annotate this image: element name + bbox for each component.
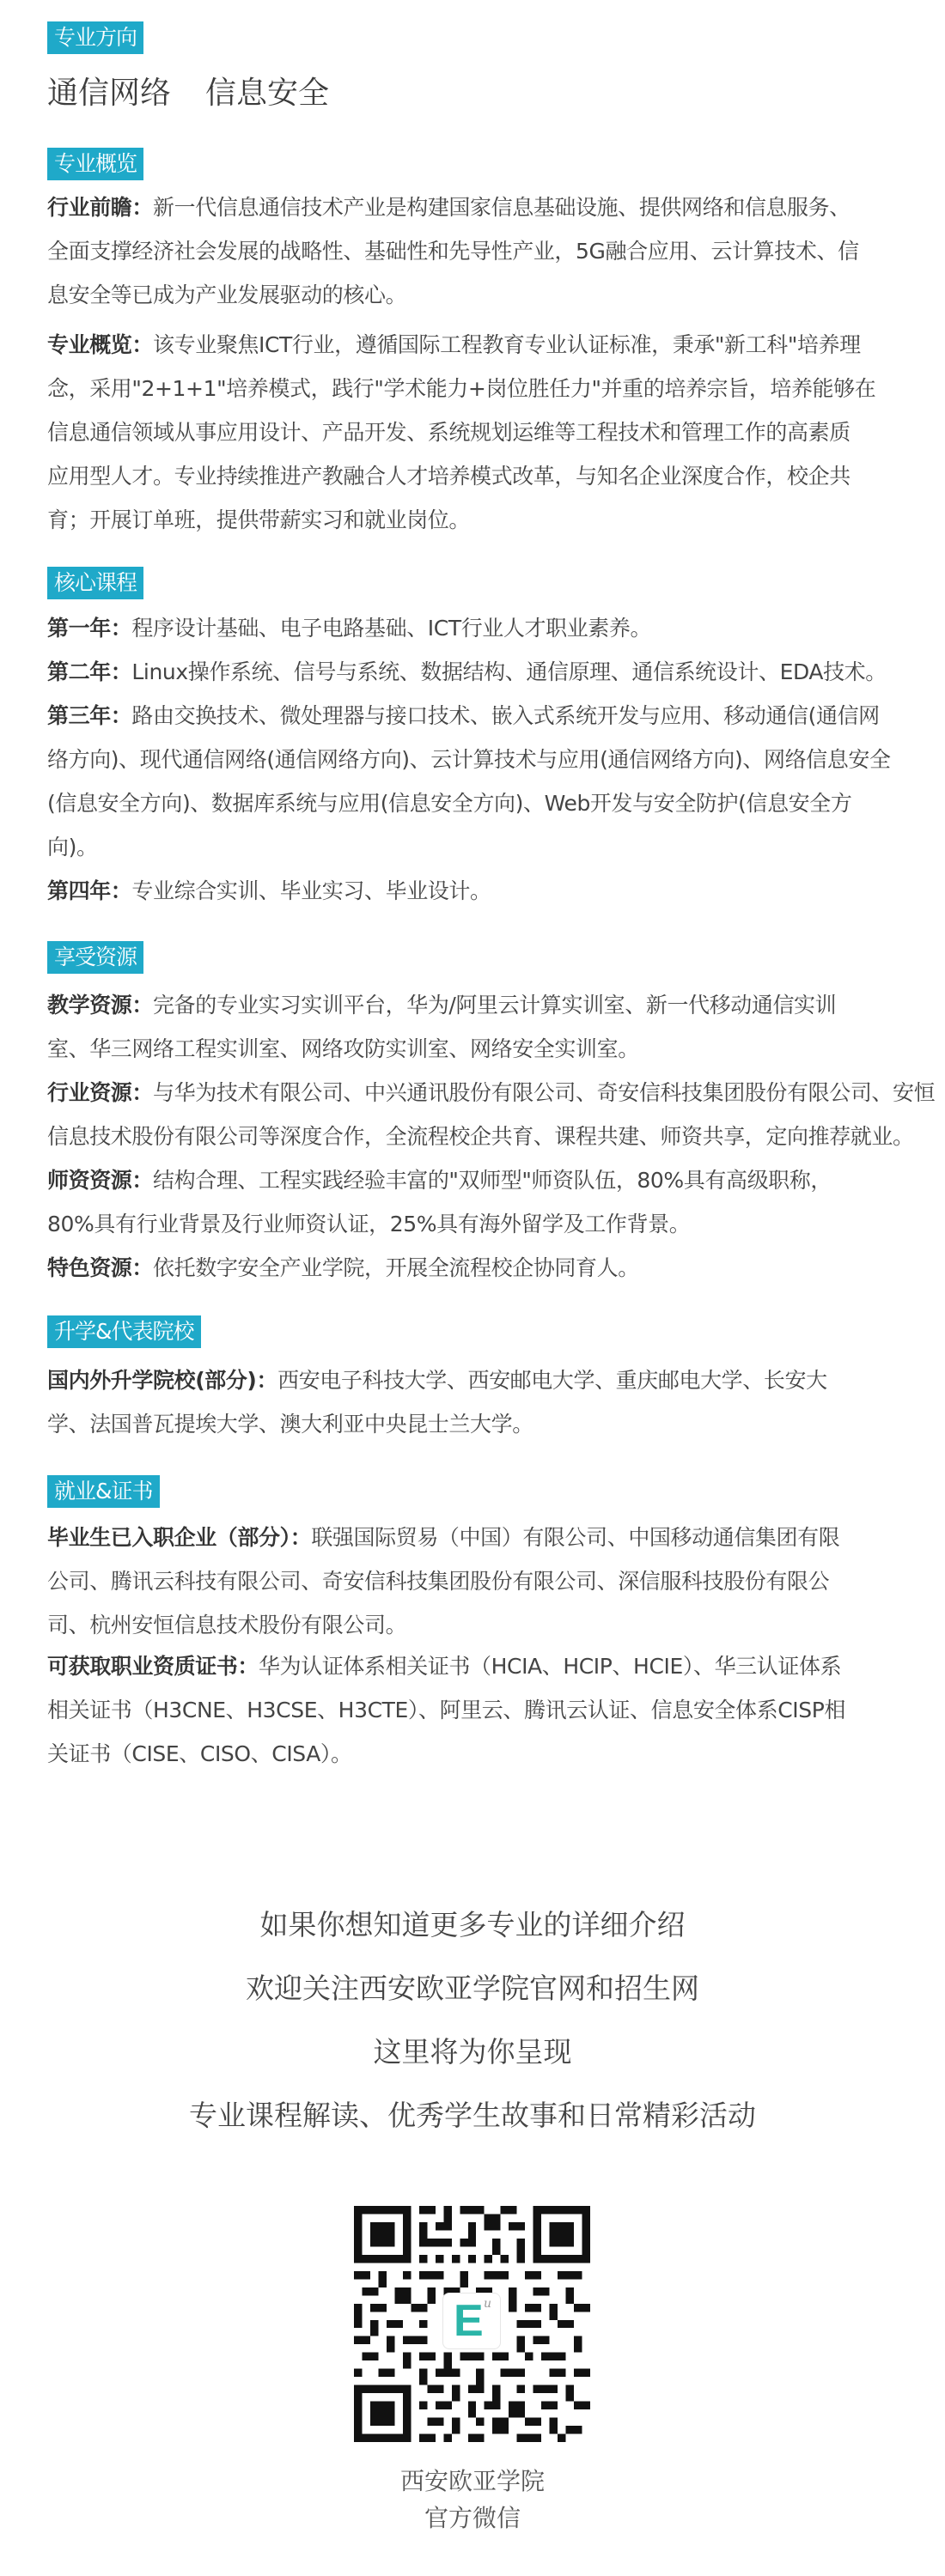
text-span: 程序设计基础、电子电路基础、ICT行业人才职业素养。 xyxy=(131,616,651,641)
year-label: 第一年： xyxy=(47,616,131,641)
year-1-courses: 第一年：程序设计基础、电子电路基础、ICT行业人才职业素养。 xyxy=(47,606,906,650)
paragraph-label: 专业概览： xyxy=(47,332,153,357)
text-line: 相关证书（H3CNE、H3CSE、H3CTE）、阿里云、腾讯云认证、信息安全体系… xyxy=(47,1688,906,1732)
promo-text: 如果你想知道更多专业的详细介绍 欢迎关注西安欧亚学院官网和招生网 这里将为你呈现… xyxy=(0,1893,945,2148)
promo-line: 专业课程解读、优秀学生故事和日常精彩活动 xyxy=(0,2084,945,2148)
promo-line: 欢迎关注西安欧亚学院官网和招生网 xyxy=(0,1957,945,2020)
text-line: 念，采用"2+1+1"培养模式，践行"学术能力+岗位胜任力"并重的培养宗旨，培养… xyxy=(47,367,906,410)
year-label: 第三年： xyxy=(47,703,131,728)
text-span: 专业综合实训、毕业实习、毕业设计。 xyxy=(131,878,491,903)
text-span: 路由交换技术、微处理器与接口技术、嵌入式系统开发与应用、移动通信(通信网 xyxy=(131,703,879,728)
promo-line: 这里将为你呈现 xyxy=(0,2020,945,2084)
resource-label: 行业资源： xyxy=(47,1080,153,1105)
text-line: 育；开展订单班，提供带薪实习和就业岗位。 xyxy=(47,498,906,542)
promo-line: 如果你想知道更多专业的详细介绍 xyxy=(0,1893,945,1957)
year-label: 第二年： xyxy=(47,659,131,684)
text-line: 毕业生已入职企业（部分）：联强国际贸易（中国）有限公司、中国移动通信集团有限 xyxy=(47,1516,906,1559)
paragraph-label: 国内外升学院校(部分)： xyxy=(47,1368,277,1393)
logo-letter: E xyxy=(454,2302,483,2340)
text-line: 信息通信领域从事应用设计、产品开发、系统规划运维等工程技术和管理工作的高素质 xyxy=(47,410,906,454)
year-label: 第四年： xyxy=(47,878,131,903)
text-line: 应用型人才。专业持续推进产教融合人才培养模式改革，与知名企业深度合作，校企共 xyxy=(47,454,906,498)
wechat-qr-code: E u xyxy=(354,2206,590,2442)
year-3-courses: 第三年：路由交换技术、微处理器与接口技术、嵌入式系统开发与应用、移动通信(通信网 xyxy=(47,694,906,738)
text-line: 全面支撑经济社会发展的战略性、基础性和先导性产业，5G融合应用、云计算技术、信 xyxy=(47,229,906,273)
resource-label: 教学资源： xyxy=(47,993,153,1018)
text-line: 息安全等已成为产业发展驱动的核心。 xyxy=(47,273,906,317)
text-span: 依托数字安全产业学院，开展全流程校企协同育人。 xyxy=(153,1255,639,1280)
school-logo-icon: E u xyxy=(442,2293,501,2349)
caption-official-wechat: 官方微信 xyxy=(0,2500,945,2537)
section-badge-courses: 核心课程 xyxy=(47,567,143,599)
paragraph-label: 可获取职业资质证书： xyxy=(47,1654,259,1679)
paragraph-label: 行业前瞻： xyxy=(47,195,153,220)
industry-resources: 行业资源：与华为技术有限公司、中兴通讯股份有限公司、奇安信科技集团股份有限公司、… xyxy=(47,1071,906,1115)
major-directions-title: 通信网络信息安全 xyxy=(47,69,329,112)
text-line: 关证书（CISE、CISO、CISA）。 xyxy=(47,1732,906,1776)
text-span: 完备的专业实习实训平台，华为/阿里云计算实训室、新一代移动通信实训 xyxy=(153,993,836,1018)
logo-mark: u xyxy=(484,2297,491,2311)
text-line: 向)。 xyxy=(47,825,906,869)
resource-label: 师资资源： xyxy=(47,1168,153,1193)
featured-resources: 特色资源：依托数字安全产业学院，开展全流程校企协同育人。 xyxy=(47,1246,906,1290)
section-badge-overview: 专业概览 xyxy=(47,148,143,180)
text-line: 国内外升学院校(部分)：西安电子科技大学、西安邮电大学、重庆邮电大学、长安大 xyxy=(47,1358,906,1402)
industry-outlook-paragraph: 行业前瞻：新一代信息通信技术产业是构建国家信息基础设施、提供网络和信息服务、 全… xyxy=(47,185,906,317)
text-line: 司、杭州安恒信息技术股份有限公司。 xyxy=(47,1603,906,1647)
caption-school-name: 西安欧亚学院 xyxy=(0,2463,945,2500)
text-line: 可获取职业资质证书：华为认证体系相关证书（HCIA、HCIP、HCIE）、华三认… xyxy=(47,1644,906,1688)
text-span: 结构合理、工程实践经验丰富的"双师型"师资队伍，80%具有高级职称， xyxy=(153,1168,832,1193)
text-line: 行业前瞻：新一代信息通信技术产业是构建国家信息基础设施、提供网络和信息服务、 xyxy=(47,185,906,229)
section-badge-direction: 专业方向 xyxy=(47,21,143,54)
text-span: 西安电子科技大学、西安邮电大学、重庆邮电大学、长安大 xyxy=(277,1368,827,1393)
text-line: 学、法国普瓦提埃大学、澳大利亚中央昆士兰大学。 xyxy=(47,1402,906,1446)
text-span: 新一代信息通信技术产业是构建国家信息基础设施、提供网络和信息服务、 xyxy=(153,195,850,220)
further-study-paragraph: 国内外升学院校(部分)：西安电子科技大学、西安邮电大学、重庆邮电大学、长安大 学… xyxy=(47,1358,906,1446)
text-span: Linux操作系统、信号与系统、数据结构、通信原理、通信系统设计、EDA技术。 xyxy=(131,659,886,684)
text-line: 80%具有行业背景及行业师资认证，25%具有海外留学及工作背景。 xyxy=(47,1202,906,1246)
text-line: 信息技术股份有限公司等深度合作，全流程校企共育、课程共建、师资共享，定向推荐就业… xyxy=(47,1115,906,1158)
certificates-paragraph: 可获取职业资质证书：华为认证体系相关证书（HCIA、HCIP、HCIE）、华三认… xyxy=(47,1644,906,1776)
section-badge-employment: 就业&证书 xyxy=(47,1475,160,1508)
text-span: 该专业聚焦ICT行业，遵循国际工程教育专业认证标准，秉承"新工科"培养理 xyxy=(153,332,861,357)
major-overview-paragraph: 专业概览：该专业聚焦ICT行业，遵循国际工程教育专业认证标准，秉承"新工科"培养… xyxy=(47,323,906,542)
text-line: 专业概览：该专业聚焦ICT行业，遵循国际工程教育专业认证标准，秉承"新工科"培养… xyxy=(47,323,906,367)
text-span: 与华为技术有限公司、中兴通讯股份有限公司、奇安信科技集团股份有限公司、安恒 xyxy=(153,1080,935,1105)
major-information-security: 信息安全 xyxy=(205,76,329,111)
qr-caption: 西安欧亚学院 官方微信 xyxy=(0,2463,945,2537)
teaching-resources: 教学资源：完备的专业实习实训平台，华为/阿里云计算实训室、新一代移动通信实训 xyxy=(47,983,906,1027)
resources-list: 教学资源：完备的专业实习实训平台，华为/阿里云计算实训室、新一代移动通信实训 室… xyxy=(47,983,906,1290)
faculty-resources: 师资资源：结构合理、工程实践经验丰富的"双师型"师资队伍，80%具有高级职称， xyxy=(47,1158,906,1202)
text-line: (信息安全方向)、数据库系统与应用(信息安全方向)、Web开发与安全防护(信息安… xyxy=(47,781,906,825)
section-badge-resources: 享受资源 xyxy=(47,941,143,974)
text-line: 室、华三网络工程实训室、网络攻防实训室、网络安全实训室。 xyxy=(47,1027,906,1071)
employers-paragraph: 毕业生已入职企业（部分）：联强国际贸易（中国）有限公司、中国移动通信集团有限 公… xyxy=(47,1516,906,1647)
resource-label: 特色资源： xyxy=(47,1255,153,1280)
text-span: 华为认证体系相关证书（HCIA、HCIP、HCIE）、华三认证体系 xyxy=(259,1654,841,1679)
text-line: 络方向)、现代通信网络(通信网络方向)、云计算技术与应用(通信网络方向)、网络信… xyxy=(47,738,906,781)
core-courses-list: 第一年：程序设计基础、电子电路基础、ICT行业人才职业素养。 第二年：Linux… xyxy=(47,606,906,913)
section-badge-further-study: 升学&代表院校 xyxy=(47,1315,201,1348)
paragraph-label: 毕业生已入职企业（部分）： xyxy=(47,1525,311,1550)
text-line: 公司、腾讯云科技有限公司、奇安信科技集团股份有限公司、深信服科技股份有限公 xyxy=(47,1559,906,1603)
year-2-courses: 第二年：Linux操作系统、信号与系统、数据结构、通信原理、通信系统设计、EDA… xyxy=(47,650,906,694)
major-communication-network: 通信网络 xyxy=(47,76,171,111)
year-4-courses: 第四年：专业综合实训、毕业实习、毕业设计。 xyxy=(47,869,906,913)
text-span: 联强国际贸易（中国）有限公司、中国移动通信集团有限 xyxy=(311,1525,839,1550)
